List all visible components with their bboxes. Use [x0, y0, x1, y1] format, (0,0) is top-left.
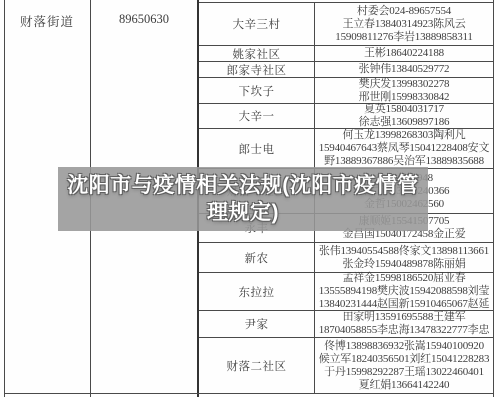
table-border-left [4, 0, 5, 397]
table-row: 姚家社区 王彬18640224188 [199, 46, 493, 62]
contact-line: 13555894198樊庆波15942088598刘莹 [319, 285, 490, 298]
contact-line: 15940467643蔡凤琴15041228408安文 [319, 142, 490, 155]
contact-line: 田家明13591695588王建军 [342, 311, 465, 324]
village-cell: 大辛一 [199, 104, 315, 128]
directory-table-page: 财落街道 89650630 大辛三村 村委会024-89657554 王立春13… [0, 0, 500, 397]
watermark-title-line1: 沈阳市与疫情相关法规(沈阳市疫情管 [67, 172, 419, 199]
contact-line: 邢世刚15998330842 [359, 91, 450, 104]
village-cell: 新农 [199, 243, 315, 272]
contacts-cell: 村委会024-89657554 王立春13840314923陈风云 159098… [315, 3, 493, 45]
contact-line: 樊庆发13998302278 [359, 78, 450, 91]
contact-line: 村委会024-89657554 [357, 5, 451, 18]
contact-line: 张钟伟13840529772 [359, 63, 450, 76]
contacts-cell: 佟博13898836932张嵩15940100920 候立军1824035650… [315, 338, 493, 394]
contacts-cell: 王彬18640224188 [315, 46, 493, 61]
contact-line: 夏红娟13664142240 [359, 379, 450, 392]
table-row: 东拉拉 孟祥金15998186520屈业春 13555894198樊庆波1594… [199, 273, 493, 311]
village-cell: 郎家寺社区 [199, 62, 315, 77]
village-cell: 姚家社区 [199, 46, 315, 61]
village-cell: 尹家 [199, 311, 315, 337]
street-name-cell: 财落街道 [4, 12, 90, 30]
contact-line: 张金玲15940489878陈丽娟 [342, 258, 465, 271]
contact-line: 孟祥金15998186520屈业春 [342, 272, 465, 285]
table-row: 大辛三村 村委会024-89657554 王立春13840314923陈风云 1… [199, 3, 493, 46]
table-row: 郎家寺社区 张钟伟13840529772 [199, 62, 493, 78]
contact-line: 13840231444赵国新15910465067赵延 [319, 298, 490, 311]
contacts-cell: 樊庆发13998302278 邢世刚15998330842 [315, 78, 493, 103]
table-border-right [493, 0, 494, 397]
contact-line: 15909811276李岩13889858311 [335, 31, 472, 44]
contact-line: 候立军18240356501刘红15041228283 [319, 353, 490, 366]
contacts-cell: 何玉龙13998268303陶利凡 15940467643蔡凤琴15041228… [315, 129, 493, 168]
contacts-cell: 田家明13591695588王建军 18704058855李忠海13478322… [315, 311, 493, 337]
table-row: 新农 张伟13940554588佟家文13898113661 张金玲159404… [199, 243, 493, 273]
village-cell: 下坎子 [199, 78, 315, 103]
street-phone-cell: 89650630 [90, 12, 198, 27]
table-row: 下坎子 樊庆发13998302278 邢世刚15998330842 [199, 78, 493, 104]
contact-line: 18704058855李忠海13478322777李忠 [319, 324, 490, 337]
contact-line: 何玉龙13998268303陶利凡 [342, 129, 465, 142]
contact-line: 徐志强13609897186 [359, 116, 450, 129]
contacts-cell: 孟祥金15998186520屈业春 13555894198樊庆波15942088… [315, 273, 493, 310]
contacts-cell: 张钟伟13840529772 [315, 62, 493, 77]
village-cell: 财落二社区 [199, 338, 315, 394]
village-cell: 郎士电 [199, 129, 315, 168]
contacts-cell: 张伟13940554588佟家文13898113661 张金玲159404898… [315, 243, 493, 272]
village-cell: 大辛三村 [199, 3, 315, 45]
contact-line: 王彬18640224188 [364, 47, 444, 60]
contact-line: 夏英15804031717 [364, 103, 444, 116]
watermark-title-line2: 理规定) [207, 199, 279, 226]
village-cell: 东拉拉 [199, 273, 315, 310]
contact-line: 于丹15998292287王瑶13022460401 [324, 366, 484, 379]
table-row: 大辛一 夏英15804031717 徐志强13609897186 [199, 104, 493, 129]
table-row: 尹家 田家明13591695588王建军 18704058855李忠海13478… [199, 311, 493, 338]
contacts-cell: 夏英15804031717 徐志强13609897186 [315, 104, 493, 128]
table-row: 郎士电 何玉龙13998268303陶利凡 15940467643蔡凤琴1504… [199, 129, 493, 169]
contact-line: 张伟13940554588佟家文13898113661 [319, 245, 489, 258]
watermark-band: 沈阳市与疫情相关法规(沈阳市疫情管 理规定) [58, 167, 428, 231]
contact-line: 佟博13898836932张嵩15940100920 [324, 340, 484, 353]
contact-line: 王立春13840314923陈风云 [342, 18, 465, 31]
table-row: 财落二社区 佟博13898836932张嵩15940100920 候立军1824… [199, 338, 493, 394]
